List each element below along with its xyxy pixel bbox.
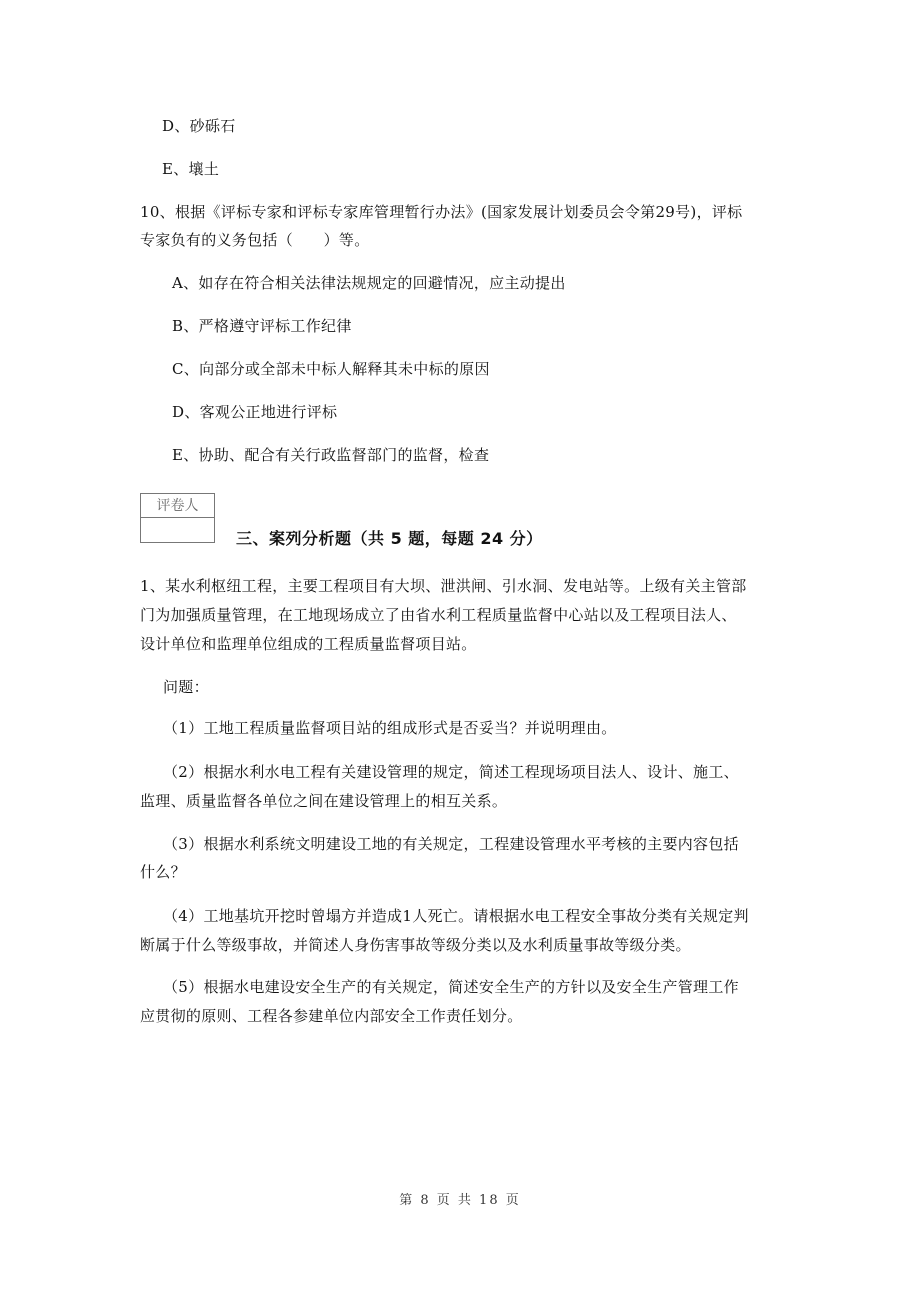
q10-option-a: A、如存在符合相关法律法规规定的回避情况，应主动提出 xyxy=(172,273,566,293)
option-d-prev: D、砂砾石 xyxy=(162,116,236,136)
case1-intro-line1: 1、某水利枢纽工程，主要工程项目有大坝、泄洪闸、引水洞、发电站等。上级有关主管部 xyxy=(140,576,747,596)
section-title: 三、案列分析题（共 5 题，每题 24 分） xyxy=(236,529,543,549)
case1-q5-line2: 应贯彻的原则、工程各参建单位内部安全工作责任划分。 xyxy=(140,1006,523,1026)
case1-q2-line1: （2）根据水利水电工程有关建设管理的规定，简述工程现场项目法人、设计、施工、 xyxy=(163,762,739,782)
q10-option-c: C、向部分或全部未中标人解释其未中标的原因 xyxy=(172,359,490,379)
case1-q3-line1: （3）根据水利系统文明建设工地的有关规定，工程建设管理水平考核的主要内容包括 xyxy=(163,834,739,854)
grader-box: 评卷人 xyxy=(140,493,215,543)
case1-intro-line3: 设计单位和监理单位组成的工程质量监督项目站。 xyxy=(140,634,477,654)
q10-option-d: D、客观公正地进行评标 xyxy=(172,402,337,422)
case1-q3-line2: 什么？ xyxy=(140,862,186,882)
grader-label: 评卷人 xyxy=(141,494,214,518)
case1-q4-line2: 断属于什么等级事故，并简述人身伤害事故等级分类以及水利质量事故等级分类。 xyxy=(140,935,691,955)
page-indicator: 第 8 页 共 18 页 xyxy=(0,1189,920,1208)
case1-q1-line1: （1）工地工程质量监督项目站的组成形式是否妥当？并说明理由。 xyxy=(163,718,617,738)
questions-label: 问题： xyxy=(163,677,209,697)
question-10-line2: 专家负有的义务包括（ ）等。 xyxy=(140,230,370,250)
case1-intro-line2: 门为加强质量管理，在工地现场成立了由省水利工程质量监督中心站以及工程项目法人、 xyxy=(140,605,737,625)
q10-option-e: E、协助、配合有关行政监督部门的监督，检查 xyxy=(172,445,489,465)
case1-q2-line2: 监理、质量监督各单位之间在建设管理上的相互关系。 xyxy=(140,791,507,811)
case1-q5-line1: （5）根据水电建设安全生产的有关规定，简述安全生产的方针以及安全生产管理工作 xyxy=(163,977,739,997)
case1-q4-line1: （4）工地基坑开挖时曾塌方并造成1人死亡。请根据水电工程安全事故分类有关规定判 xyxy=(163,906,749,926)
option-e-prev: E、壤土 xyxy=(162,159,219,179)
q10-option-b: B、严格遵守评标工作纪律 xyxy=(172,316,352,336)
question-10-line1: 10、根据《评标专家和评标专家库管理暂行办法》(国家发展计划委员会令第29号)，… xyxy=(140,202,742,222)
